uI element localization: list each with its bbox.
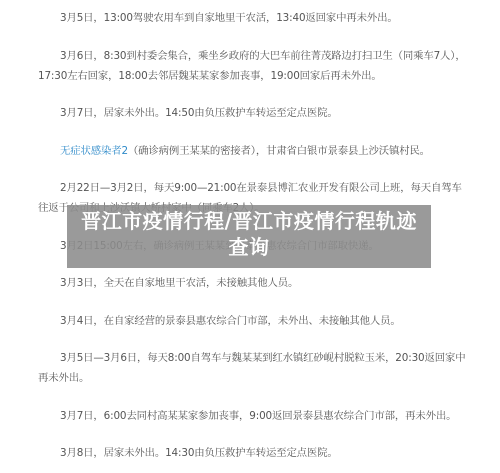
itinerary-paragraph: 3月6日，8:30到村委会集合，乘坐乡政府的大巴车前往菁茂路边打扫卫生（同乘车7…	[38, 46, 470, 86]
itinerary-paragraph: 3月4日，在自家经营的景泰县惠农综合门市部，未外出、未接触其他人员。	[38, 311, 470, 331]
paragraph-text: 3月4日，在自家经营的景泰县惠农综合门市部，未外出、未接触其他人员。	[60, 315, 401, 327]
itinerary-paragraph: 3月5日—3月6日，每天8:00自驾车与魏某某到红水镇红砂岘村脱粒玉米，20:3…	[38, 348, 470, 388]
itinerary-paragraph: 3月5日，13:00驾驶农用车到自家地里干农活，13:40返回家中再未外出。	[38, 8, 470, 28]
itinerary-paragraph: 3月7日，6:00去同村高某某家参加丧事，9:00返回景泰县惠农综合门市部，再未…	[38, 406, 470, 426]
paragraph-text: 3月3日，全天在自家地里干农活，未接触其他人员。	[60, 277, 298, 289]
paragraph-text: 3月5日，13:00驾驶农用车到自家地里干农活，13:40返回家中再未外出。	[60, 12, 398, 24]
itinerary-paragraph: 3月3日，全天在自家地里干农活，未接触其他人员。	[38, 273, 470, 293]
case-label-highlight: 无症状感染者2	[60, 145, 128, 157]
itinerary-paragraph: 3月8日，居家未外出。14:30由负压救护车转运至定点医院。	[38, 443, 470, 463]
paragraph-text: 3月8日，居家未外出。14:30由负压救护车转运至定点医院。	[60, 447, 338, 459]
paragraph-text: 3月5日—3月6日，每天8:00自驾车与魏某某到红水镇红砂岘村脱粒玉米，20:3…	[38, 352, 465, 384]
title-overlay-banner: 晋江市疫情行程/晋江市疫情行程轨迹查询	[67, 205, 431, 268]
paragraph-text: 3月7日，6:00去同村高某某家参加丧事，9:00返回景泰县惠农综合门市部，再未…	[60, 410, 456, 422]
overlay-title: 晋江市疫情行程/晋江市疫情行程轨迹查询	[79, 205, 419, 260]
case-heading-paragraph: 无症状感染者2（确诊病例王某某的密接者），甘肃省白银市景泰县上沙沃镇村民。	[38, 141, 470, 161]
paragraph-text: （确诊病例王某某的密接者），甘肃省白银市景泰县上沙沃镇村民。	[128, 145, 430, 157]
paragraph-text: 3月7日，居家未外出。14:50由负压救护车转运至定点医院。	[60, 107, 338, 119]
paragraph-text: 3月6日，8:30到村委会集合，乘坐乡政府的大巴车前往菁茂路边打扫卫生（同乘车7…	[38, 50, 466, 82]
itinerary-paragraph: 3月7日，居家未外出。14:50由负压救护车转运至定点医院。	[38, 103, 470, 123]
